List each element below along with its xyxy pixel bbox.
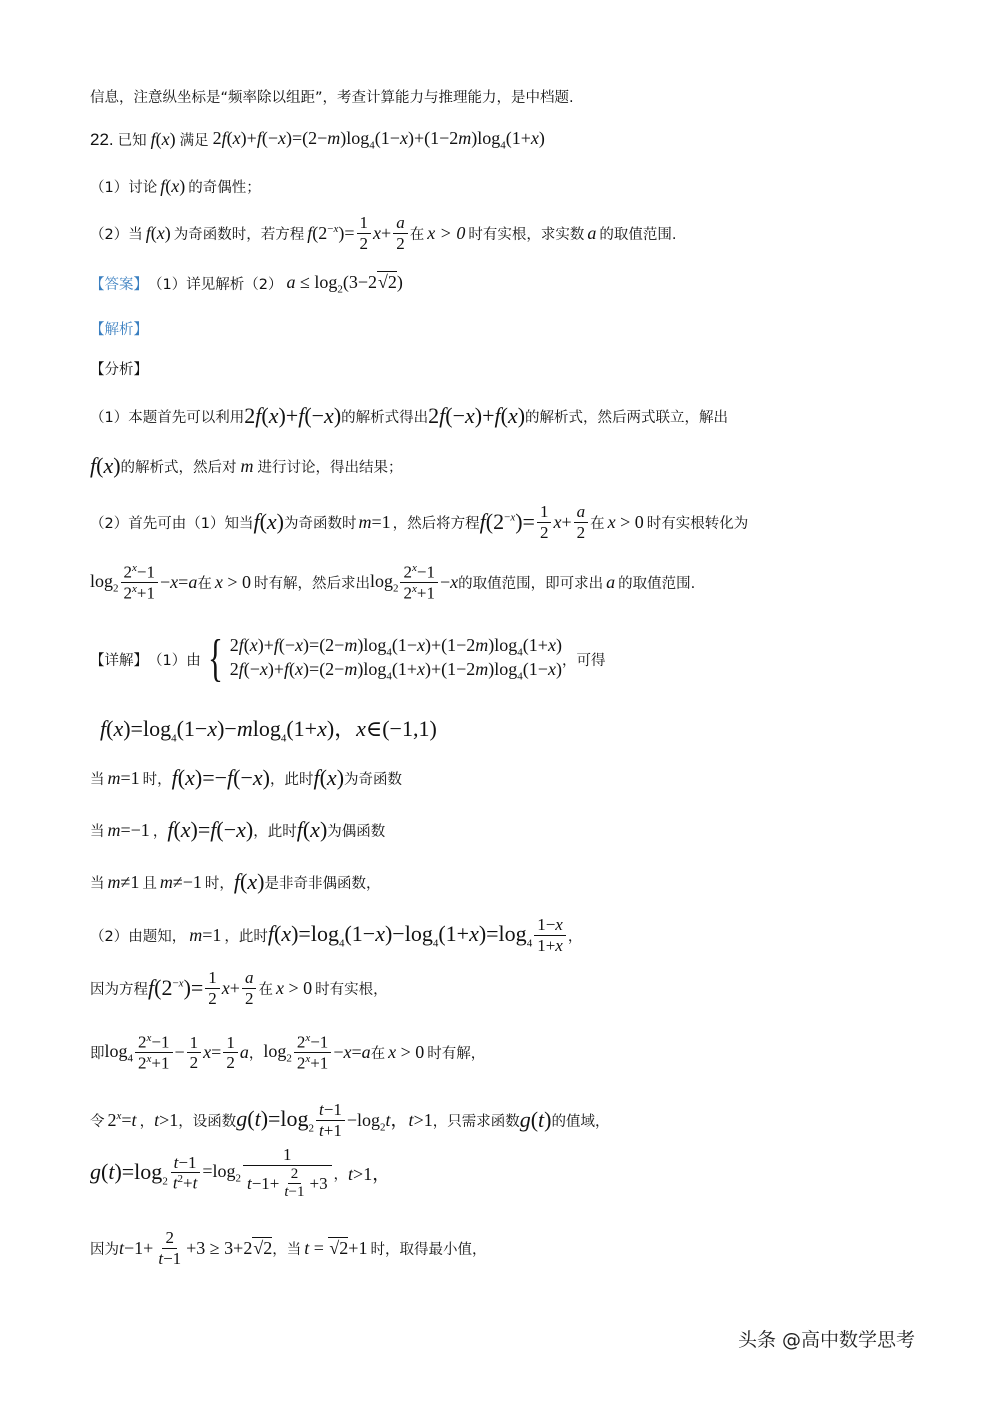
condition-x-positive: x > 0 [608,512,644,533]
detail-text: ，只需求函数 [433,1110,520,1131]
analysis-text: ，然后将方程 [393,512,480,533]
case-text: 当 [90,872,105,893]
t-gt-1: t>1， [348,1160,390,1186]
g-t-expr: g(t)=log2 [90,1159,168,1187]
m-equals-1: m=1 [108,768,140,789]
detail-text: 因为方程 [90,978,148,999]
var-m: m [241,456,254,477]
detail-text: ， [140,1110,155,1131]
inequality: +3 ≥ 3+2√2 [186,1238,272,1259]
detail-text: 在 [371,1042,386,1063]
satisfies-text: 满足 [180,129,209,150]
analysis-p2-line1: （2）首先可由（1）知当 f(x) 为奇函数时 m=1 ，然后将方程 f(2−x… [90,502,748,542]
fraction-2x: 2x−12x+1 [135,1032,172,1073]
detail-ji-line: 即 log4 2x−12x+1 − 12 x= 12 a ， log2 2x−1… [90,1032,485,1073]
t-gt-1: t>1 [154,1110,178,1131]
fraction-1mx-1px: 1−x1+x [534,915,566,955]
detail-text: 时有实根， [315,978,388,999]
detail-text: 在 [258,978,273,999]
answer-result: a ≤ log2(3−2√2) [286,272,402,296]
fx-var: x [162,129,170,150]
analysis-p1-line1: （1）本题首先可以利用 2f(x)+f(−x) 的解析式得出 2f(−x)+f(… [90,403,728,429]
watermark: 头条 @高中数学思考 [738,1325,915,1352]
detail-text: 因为 [90,1238,119,1259]
var-x: x [373,223,381,244]
m-equals-neg1: m=−1 [108,820,150,841]
part2-label: （2） [90,223,128,244]
f-2-neg-x: f(2−x)= [480,509,535,535]
analysis-text: 的解析式得出 [341,406,428,427]
analysis-text: （1）本题首先可以利用 [90,406,244,427]
detail-min-line: 因为 t−1+ 2t−1 +3 ≥ 3+2√2 ，当 t = √2+1 时，取得… [90,1228,486,1268]
analysis-text: 的解析式，然后两式联立，解出 [525,406,728,427]
comma: ， [568,925,583,946]
analysis-text: 时有解，然后求出 [254,572,370,593]
answer-part2-label: （2） [244,273,282,294]
fraction-a-half: a2 [242,968,257,1008]
problem-equation: 2f(x)+f(−x)=(2−m)log4(1−x)+(1−2m)log4(1+… [213,128,545,152]
detail-tag: 【详解】 [90,649,148,670]
part1-text-b: 的奇偶性； [188,176,261,197]
analysis-text: 的解析式，然后对 [121,456,237,477]
t-value: t = √2+1 [304,1238,367,1259]
fraction-half: 12 [187,1033,202,1073]
fraction-a-half: a2 [393,213,408,253]
case-even: 当 m=−1 ， f(x)=f(−x) ，此时 f(x) 为偶函数 [90,817,385,843]
minus-x-eq-a: −x=a [160,572,197,593]
minus-x-eq-a: −x=a [333,1042,370,1063]
detail-because-line: 因为方程 f(2−x)= 12 x+ a2 在 x > 0 时有实根， [90,968,388,1008]
case-text: 且 [142,872,157,893]
part2-text-a: 当 [128,223,143,244]
detail-text: 即 [90,1042,105,1063]
jiexi-tag: 【解析】 [90,318,148,339]
case-text: 为奇函数 [344,768,402,789]
minus-log2t: −log2t，t>1 [347,1106,433,1134]
fraction-2x: 2x−12x+1 [294,1032,331,1073]
x-plus: x+ [222,978,240,999]
fx-expr: f(x) [297,817,328,843]
g-t: g(t) [520,1107,552,1133]
sub-2x-t: 2x=t [108,1110,137,1131]
answer-line: 【答案】 （1）详见解析 （2） a ≤ log2(3−2√2) [90,272,403,296]
fenxi-heading: 【分析】 [90,358,148,379]
log4-expr: log4 [105,1041,134,1065]
x-plus: x+ [553,512,571,533]
case-odd: 当 m=1 时， f(x)=−f(−x) ，此时 f(x) 为奇函数 [90,765,402,791]
fx-expr: f(x) [234,869,265,895]
detail-text: ，当 [272,1238,301,1259]
detail-p1-label: （1）由 [148,649,201,670]
condition-x-positive: x > 0 [388,1042,424,1063]
part1-text-a: 讨论 [128,176,157,197]
case-text: ， [153,820,168,841]
answer-part1: （1）详见解析 [148,273,244,294]
fenxi-tag: 【分析】 [90,358,148,379]
part1-question: （1） 讨论 f(x) 的奇偶性； [90,176,261,197]
x-equals: x= [203,1042,221,1063]
f-2-neg-x: f(2−x)= [148,975,203,1001]
detail-p2-label: （2）由题知， [90,925,186,946]
equation-system: 2f(x)+f(−x)=(2−m)log4(1−x)+(1−2m)log4(1+… [230,635,562,682]
odd-equation: f(x)=−f(−x) [172,765,270,791]
case-text: ，此时 [270,768,314,789]
system-eq-1: 2f(x)+f(−x)=(2−m)log4(1−x)+(1−2m)log4(1+… [230,635,562,659]
part2-text-d: 时有实根，求实数 [468,223,584,244]
fraction-2-t: 2t−1 [155,1228,184,1268]
fraction-2x: 2x−12x+1 [121,562,158,603]
detail-text: ，此时 [224,925,268,946]
fraction-a-half: a2 [574,502,589,542]
case-text: 当 [90,820,105,841]
expr-2f-negx-fx: 2f(−x)+f(x) [428,403,525,429]
detail-text: 时，取得最小值， [370,1238,486,1259]
fx-odd-expr: f(x)=log4(1−x)−log4(1+x)=log4 [268,921,532,949]
comma: ， [249,1042,264,1063]
case-text: ，此时 [253,820,297,841]
system-eq-2: 2f(−x)+f(x)=(2−m)log4(1+x)+(1−2m)log4(1−… [230,659,562,683]
detail-text: 时有解， [427,1042,485,1063]
case-text: 时， [205,872,234,893]
left-brace-icon: { [208,633,223,685]
analysis-text: 为奇函数时 [284,512,357,533]
eq-log2: =log2 [202,1161,241,1185]
expr-2fx-f-negx: 2f(x)+f(−x) [244,403,341,429]
fraction-half: 12 [205,968,220,1008]
analysis-p1-line2: f(x) 的解析式，然后对 m 进行讨论，得出结果； [90,453,403,479]
m-equals-1: m=1 [189,925,221,946]
fraction-t-t2: t−1t2+t [170,1153,201,1194]
analysis-text: （2）首先可由（1）知当 [90,512,253,533]
t-minus-1: t−1+ [119,1238,153,1259]
case-neither: 当 m≠1 且 m≠−1 时， f(x) 是非奇非偶函数， [90,869,380,895]
detail-text: 的值域， [552,1110,610,1131]
jiexi-heading: 【解析】 [90,318,148,339]
fx-expr: f(x) [313,765,344,791]
fx-result: f(x)=log4(1−x)−mlog4(1+x)，x∈(−1,1) [100,712,437,744]
case-text: 当 [90,768,105,789]
prev-text: 信息，注意纵坐标是“频率除以组距”，考查计算能力与推理能力，是中档题. [90,86,574,107]
var-a: a [606,572,615,593]
fraction-compound: 1 t−1+2t−1+3 [243,1145,332,1201]
condition-x-positive: x > 0 [427,223,465,244]
case-text: 是非奇非偶函数， [264,872,380,893]
part1-label: （1） [90,176,128,197]
detail-let-line: 令 2x=t ， t>1 ，设函数 g(t)=log2 t−1t+1 −log2… [90,1100,610,1140]
part2-text-b: 为奇函数时，若方程 [174,223,305,244]
condition-x-positive: x > 0 [276,978,312,999]
problem-statement: 22. 已知 f(x) 满足 2f(x)+f(−x)=(2−m)log4(1−x… [90,128,545,152]
plus: + [381,223,391,244]
analysis-text: 在 [197,572,212,593]
fx-result-expr: f(x)=log4(1−x)−mlog4(1+x)，x∈(−1,1) [100,712,437,744]
fraction-half: 12 [223,1033,238,1073]
part2-text-c: 在 [410,223,425,244]
part2-question: （2） 当 f(x) 为奇函数时，若方程 f(2−x)= 12 x+ a2 在 … [90,213,676,253]
log2-expr: log2 [90,571,119,595]
problem-intro: 已知 [118,129,147,150]
fraction-half: 12 [537,502,552,542]
analysis-text: 在 [590,512,605,533]
answer-tag: 【答案】 [90,273,148,294]
comma: ， [334,1163,349,1184]
detail-p2-line1: （2）由题知， m=1 ，此时 f(x)=log4(1−x)−log4(1+x)… [90,915,582,955]
m-equals-1: m=1 [359,512,391,533]
fraction-2x: 2x−12x+1 [400,562,437,603]
minus-x: −x [440,572,458,593]
fraction-half: 12 [357,213,372,253]
analysis-text: 的取值范围，即可求出 [458,572,603,593]
previous-text: 信息，注意纵坐标是“频率除以组距”，考查计算能力与推理能力，是中档题. [90,86,574,107]
condition-x-positive: x > 0 [215,572,251,593]
problem-number: 22. [90,130,114,150]
part2-text-e: 的取值范围. [599,223,676,244]
analysis-text: 时有实根转化为 [647,512,749,533]
m-not-1: m≠1 [108,872,140,893]
var-a: a [240,1042,249,1063]
g-t-def: g(t)=log2 [236,1106,314,1134]
fx-paren-close: ) [170,129,176,150]
detail-text: 令 [90,1110,105,1131]
m-not-neg1: m≠−1 [160,872,202,893]
even-equation: f(x)=f(−x) [167,817,253,843]
kede-text: ，可得 [562,649,606,670]
fx-expr: f(x) [146,223,171,244]
analysis-text: 的取值范围. [618,572,695,593]
analysis-text: 进行讨论，得出结果； [258,456,403,477]
fraction-t: t−1t+1 [316,1100,345,1140]
fx-expr: f(x) [160,176,185,197]
detail-text: ，设函数 [178,1110,236,1131]
fx-expr: f(x) [90,453,121,479]
case-text: 时， [143,768,172,789]
log2-expr: log2 [263,1041,292,1065]
analysis-p2-line2: log2 2x−12x+1 −x=a 在 x > 0 时有解，然后求出 log2… [90,562,695,603]
var-a: a [587,223,596,244]
detail-system: 【详解】 （1）由 { 2f(x)+f(−x)=(2−m)log4(1−x)+(… [90,633,605,685]
f-2-neg-x: f(2−x)= [307,223,354,244]
fx-expr: f(x) [253,509,284,535]
case-text: 为偶函数 [327,820,385,841]
minus: − [175,1042,185,1063]
log2-expr: log2 [370,571,399,595]
detail-g-line: g(t)=log2 t−1t2+t =log2 1 t−1+2t−1+3 ， t… [90,1145,390,1201]
